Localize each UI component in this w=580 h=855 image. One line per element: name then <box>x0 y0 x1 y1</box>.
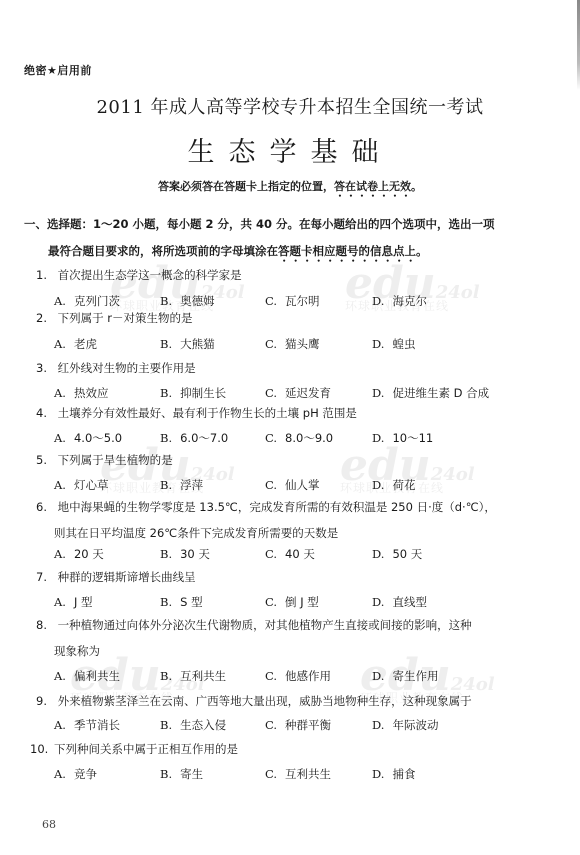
page-number: 68 <box>42 818 56 831</box>
option-c: C.种群平衡 <box>265 717 331 733</box>
option-a: A.J 型 <box>54 594 93 610</box>
option-d: D.直线型 <box>372 594 427 610</box>
option-c: C.40 天 <box>265 546 315 562</box>
option-a: A.老虎 <box>54 336 97 352</box>
option-d: D.10～11 <box>372 430 433 446</box>
option-c: C.他感作用 <box>265 668 331 684</box>
question-4: 4. 土壤养分有效性最好、最有利于作物生长的土壤 pH 范围是 <box>36 400 546 426</box>
option-a: A.竞争 <box>54 766 97 782</box>
option-c: C.延迟发育 <box>265 385 331 401</box>
option-b: B.6.0～7.0 <box>160 430 228 446</box>
question-6: 6. 地中海果蝇的生物学零度是 13.5℃，完成发育所需的有效积温是 250 日… <box>36 494 546 546</box>
option-a: A.季节消长 <box>54 717 120 733</box>
option-d: D.50 天 <box>372 546 422 562</box>
option-d: D.促进维生素 D 合成 <box>372 385 489 401</box>
option-b: B.抑制生长 <box>160 385 226 401</box>
option-d: D.年际波动 <box>372 717 438 733</box>
option-b: B.生态入侵 <box>160 717 226 733</box>
option-d: D.寄生作用 <box>372 668 438 684</box>
option-b: B.寄生 <box>160 766 203 782</box>
question-9: 9. 外来植物紫茎泽兰在云南、广西等地大量出现，威胁当地物种生存，这种现象属于 <box>36 688 546 714</box>
option-d: D.荷花 <box>372 477 415 493</box>
options-6: A.20 天 B.30 天 C.40 天 D.50 天 <box>54 546 554 566</box>
options-8: A.偏利共生 B.互利共生 C.他感作用 D.寄生作用 <box>54 668 554 688</box>
option-a: A.热效应 <box>54 385 108 401</box>
question-8: 8. 一种植物通过向体外分泌次生代谢物质，对其他植物产生直接或间接的影响，这种现… <box>36 612 546 664</box>
question-3: 3. 红外线对生物的主要作用是 <box>36 355 546 381</box>
option-c: C.仙人掌 <box>265 477 320 493</box>
options-2: A.老虎 B.大熊猫 C.猫头鹰 D.蝗虫 <box>54 336 554 356</box>
options-9: A.季节消长 B.生态入侵 C.种群平衡 D.年际波动 <box>54 717 554 737</box>
option-d: D.捕食 <box>372 766 415 782</box>
options-10: A.竞争 B.寄生 C.互利共生 D.捕食 <box>54 766 554 786</box>
secret-label: 绝密★启用前 <box>24 62 92 78</box>
option-c: C.8.0～9.0 <box>265 430 333 446</box>
subject-title: 生态学基础 <box>0 130 580 169</box>
option-c: C.倒 J 型 <box>265 594 319 610</box>
option-a: A.20 天 <box>54 546 104 562</box>
option-a: A.偏利共生 <box>54 668 120 684</box>
answer-notice: 答案必须答在答题卡上指定的位置，答在试卷上无效。 <box>0 178 580 200</box>
option-b: B.30 天 <box>160 546 210 562</box>
option-a: A.4.0～5.0 <box>54 430 122 446</box>
option-c: C.猫头鹰 <box>265 336 320 352</box>
question-2: 2. 下列属于 r－对策生物的是 <box>36 305 546 331</box>
question-1: 1. 首次提出生态学这一概念的科学家是 <box>36 262 546 288</box>
option-b: B.互利共生 <box>160 668 226 684</box>
option-d: D.蝗虫 <box>372 336 415 352</box>
exam-title: 2011 年成人高等学校专升本招生全国统一考试 <box>0 93 580 119</box>
option-a: A.灯心草 <box>54 477 108 493</box>
question-7: 7. 种群的逻辑斯谛增长曲线呈 <box>36 564 546 590</box>
section-instructions: 一、选择题：1～20 小题，每小题 2 分，共 40 分。在每小题给出的四个选项… <box>24 211 544 265</box>
question-10: 10.下列种间关系中属于正相互作用的是 <box>30 736 540 762</box>
option-b: B.S 型 <box>160 594 203 610</box>
option-c: C.互利共生 <box>265 766 331 782</box>
option-b: B.浮萍 <box>160 477 203 493</box>
question-5: 5. 下列属于旱生植物的是 <box>36 447 546 473</box>
option-b: B.大熊猫 <box>160 336 215 352</box>
options-7: A.J 型 B.S 型 C.倒 J 型 D.直线型 <box>54 594 554 614</box>
